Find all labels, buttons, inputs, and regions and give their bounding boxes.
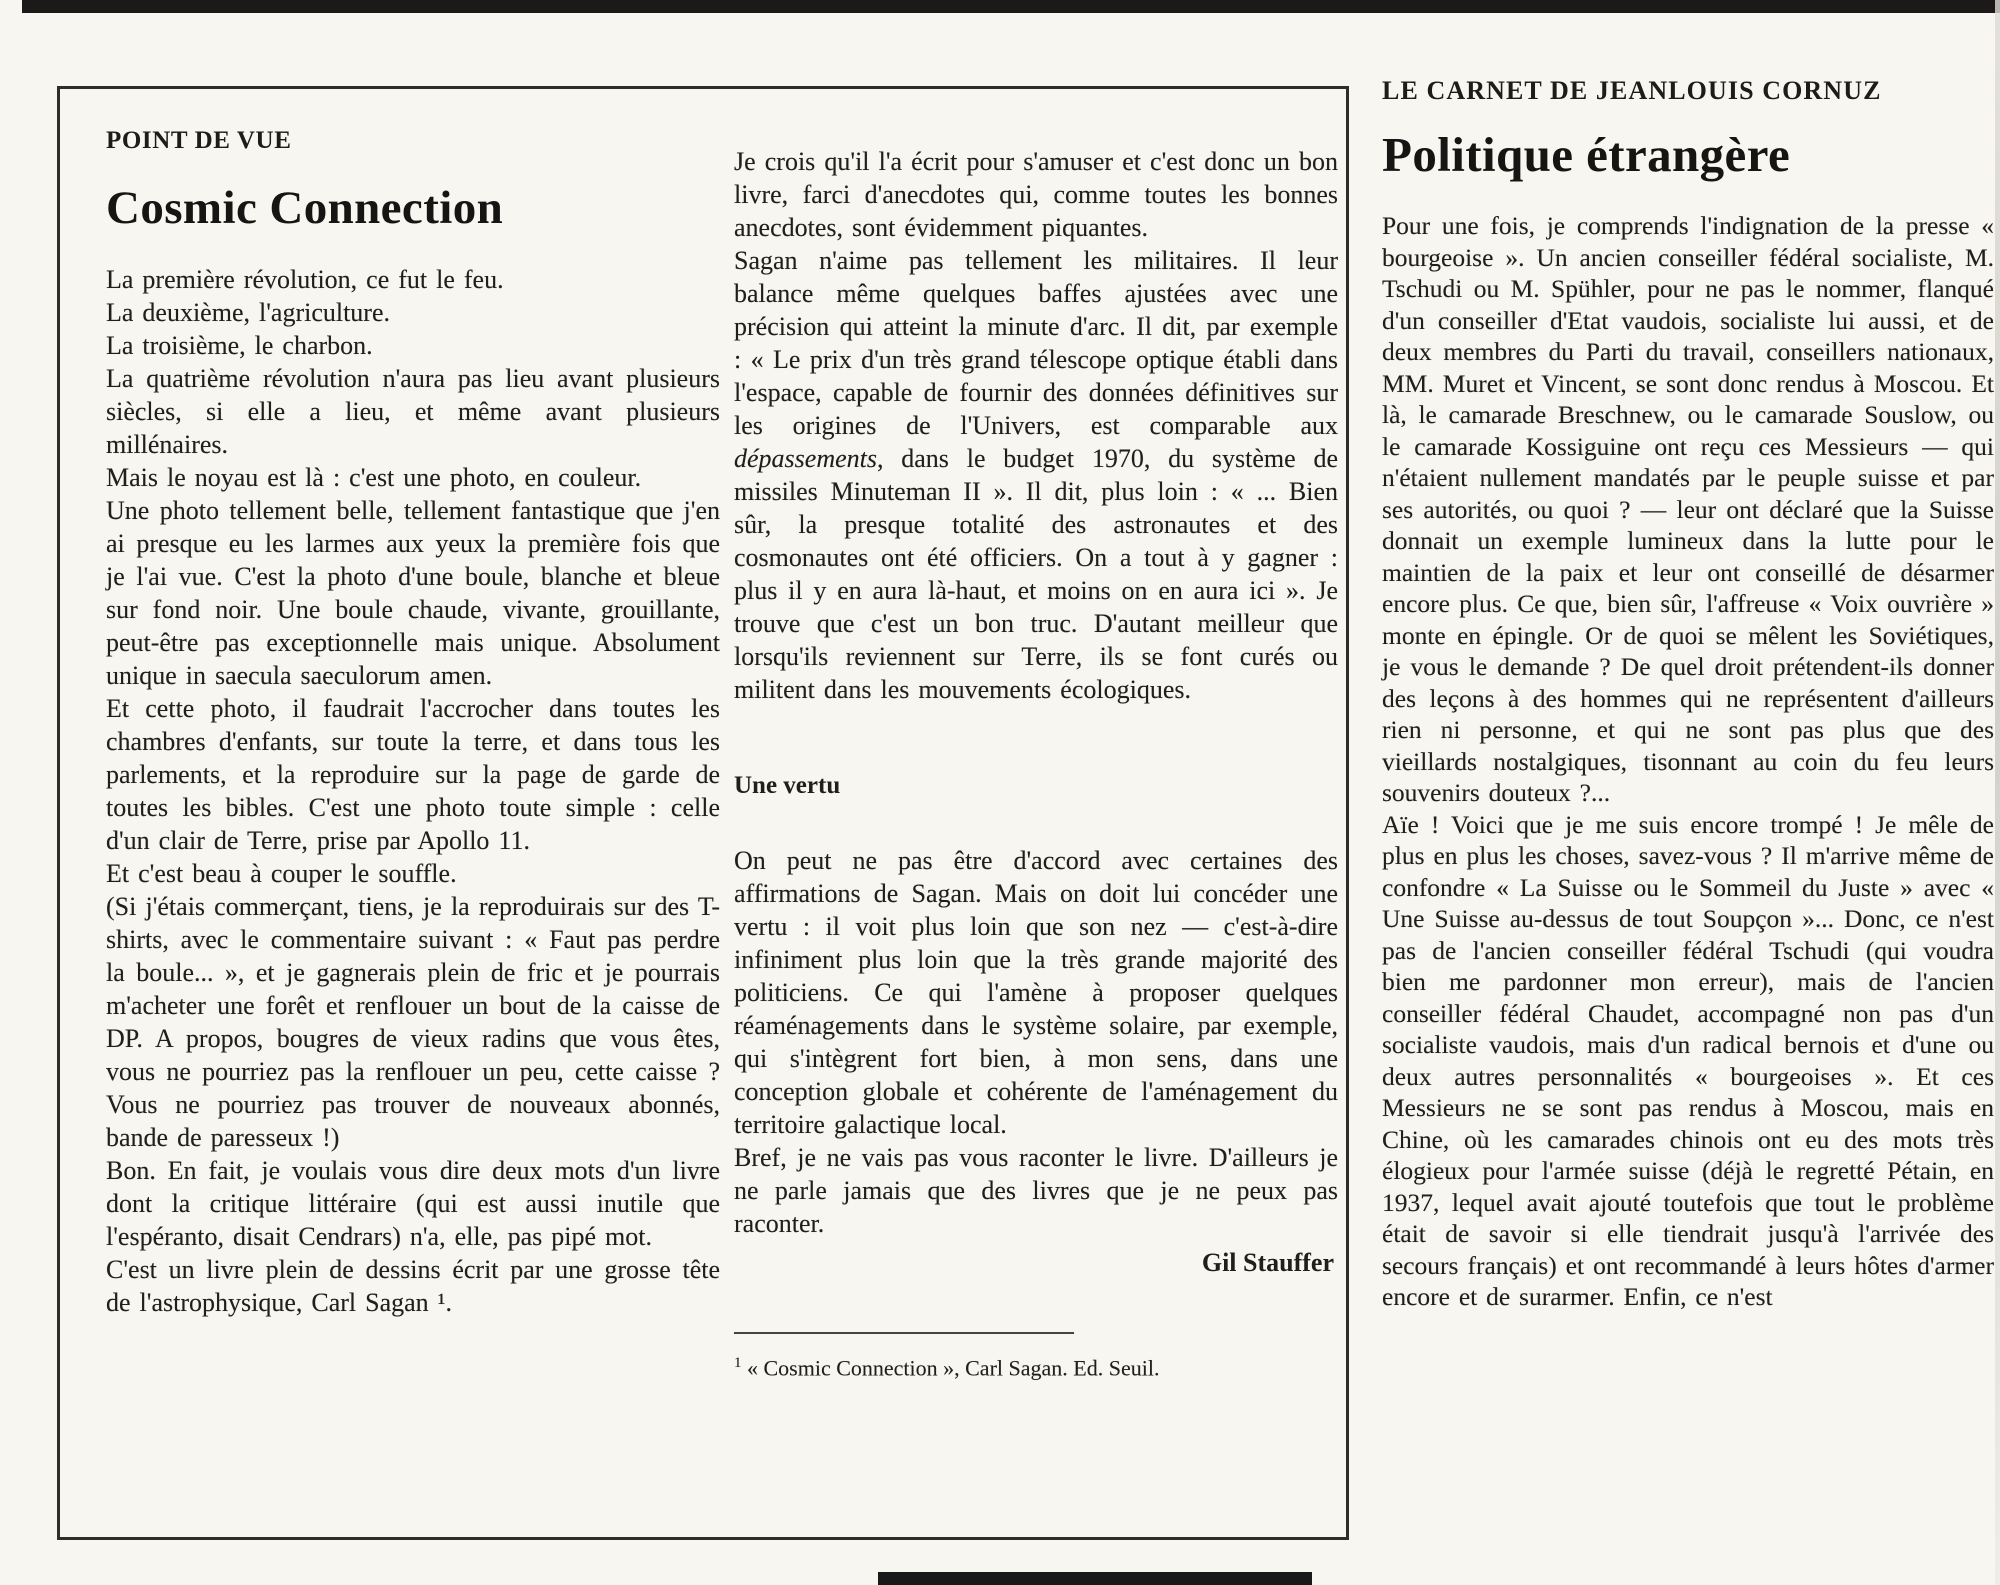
body-paragraph: Mais le noyau est là : c'est une photo, … [106,461,720,494]
article-column-left: POINT DE VUE Cosmic Connection La premiè… [106,127,720,1319]
footnote-marker: 1 [734,1355,741,1371]
italic-term: dépassements [734,444,877,473]
body-paragraph: La quatrième révolution n'aura pas lieu … [106,362,720,461]
quote-text: , dans le budget 1970, du système de mis… [734,444,1338,704]
body-paragraph: Une photo tellement belle, tellement fan… [106,494,720,692]
body-paragraph: La première révolution, ce fut le feu. [106,263,720,296]
carnet-article-column: LE CARNET DE JEANLOUIS CORNUZ Politique … [1382,76,1994,1313]
body-paragraph: Et cette photo, il faudrait l'accrocher … [106,692,720,857]
article-title: Politique étrangère [1382,126,1994,183]
body-paragraph: La troisième, le charbon. [106,329,720,362]
body-paragraph: Aïe ! Voici que je me suis encore trompé… [1382,809,1994,1313]
body-paragraph: Je crois qu'il l'a écrit pour s'amuser e… [734,145,1338,244]
page-scan-edge [1995,0,2000,1585]
body-paragraph: C'est un livre plein de dessins écrit pa… [106,1253,720,1319]
bottom-scan-bar [878,1572,1312,1585]
point-de-vue-article-box: POINT DE VUE Cosmic Connection La premiè… [57,86,1349,1540]
body-paragraph: Sagan n'aime pas tellement les militaire… [734,244,1338,706]
body-paragraph: Bon. En fait, je voulais vous dire deux … [106,1154,720,1253]
body-paragraph: Bref, je ne vais pas vous raconter le li… [734,1141,1338,1240]
body-paragraph: (Si j'étais commerçant, tiens, je la rep… [106,890,720,1154]
section-kicker: LE CARNET DE JEANLOUIS CORNUZ [1382,76,1994,106]
body-paragraph: On peut ne pas être d'accord avec certai… [734,844,1338,1141]
author-byline: Gil Stauffer [734,1248,1338,1278]
footnote-text: « Cosmic Connection », Carl Sagan. Ed. S… [747,1355,1159,1380]
article-subheading: Une vertu [734,772,1338,800]
article-title: Cosmic Connection [106,181,720,235]
quote-text: Sagan n'aime pas tellement les militaire… [734,246,1338,440]
body-paragraph: Pour une fois, je comprends l'indignatio… [1382,210,1994,809]
footnote-separator-rule [734,1332,1074,1334]
top-rule-bar [22,0,2000,13]
body-paragraph: La deuxième, l'agriculture. [106,296,720,329]
scanned-newspaper-page: POINT DE VUE Cosmic Connection La premiè… [0,0,2000,1585]
section-kicker: POINT DE VUE [106,127,720,155]
footnote: 1 « Cosmic Connection », Carl Sagan. Ed.… [734,1332,1338,1381]
body-paragraph: Et c'est beau à couper le souffle. [106,857,720,890]
article-column-right: Je crois qu'il l'a écrit pour s'amuser e… [734,145,1338,1381]
